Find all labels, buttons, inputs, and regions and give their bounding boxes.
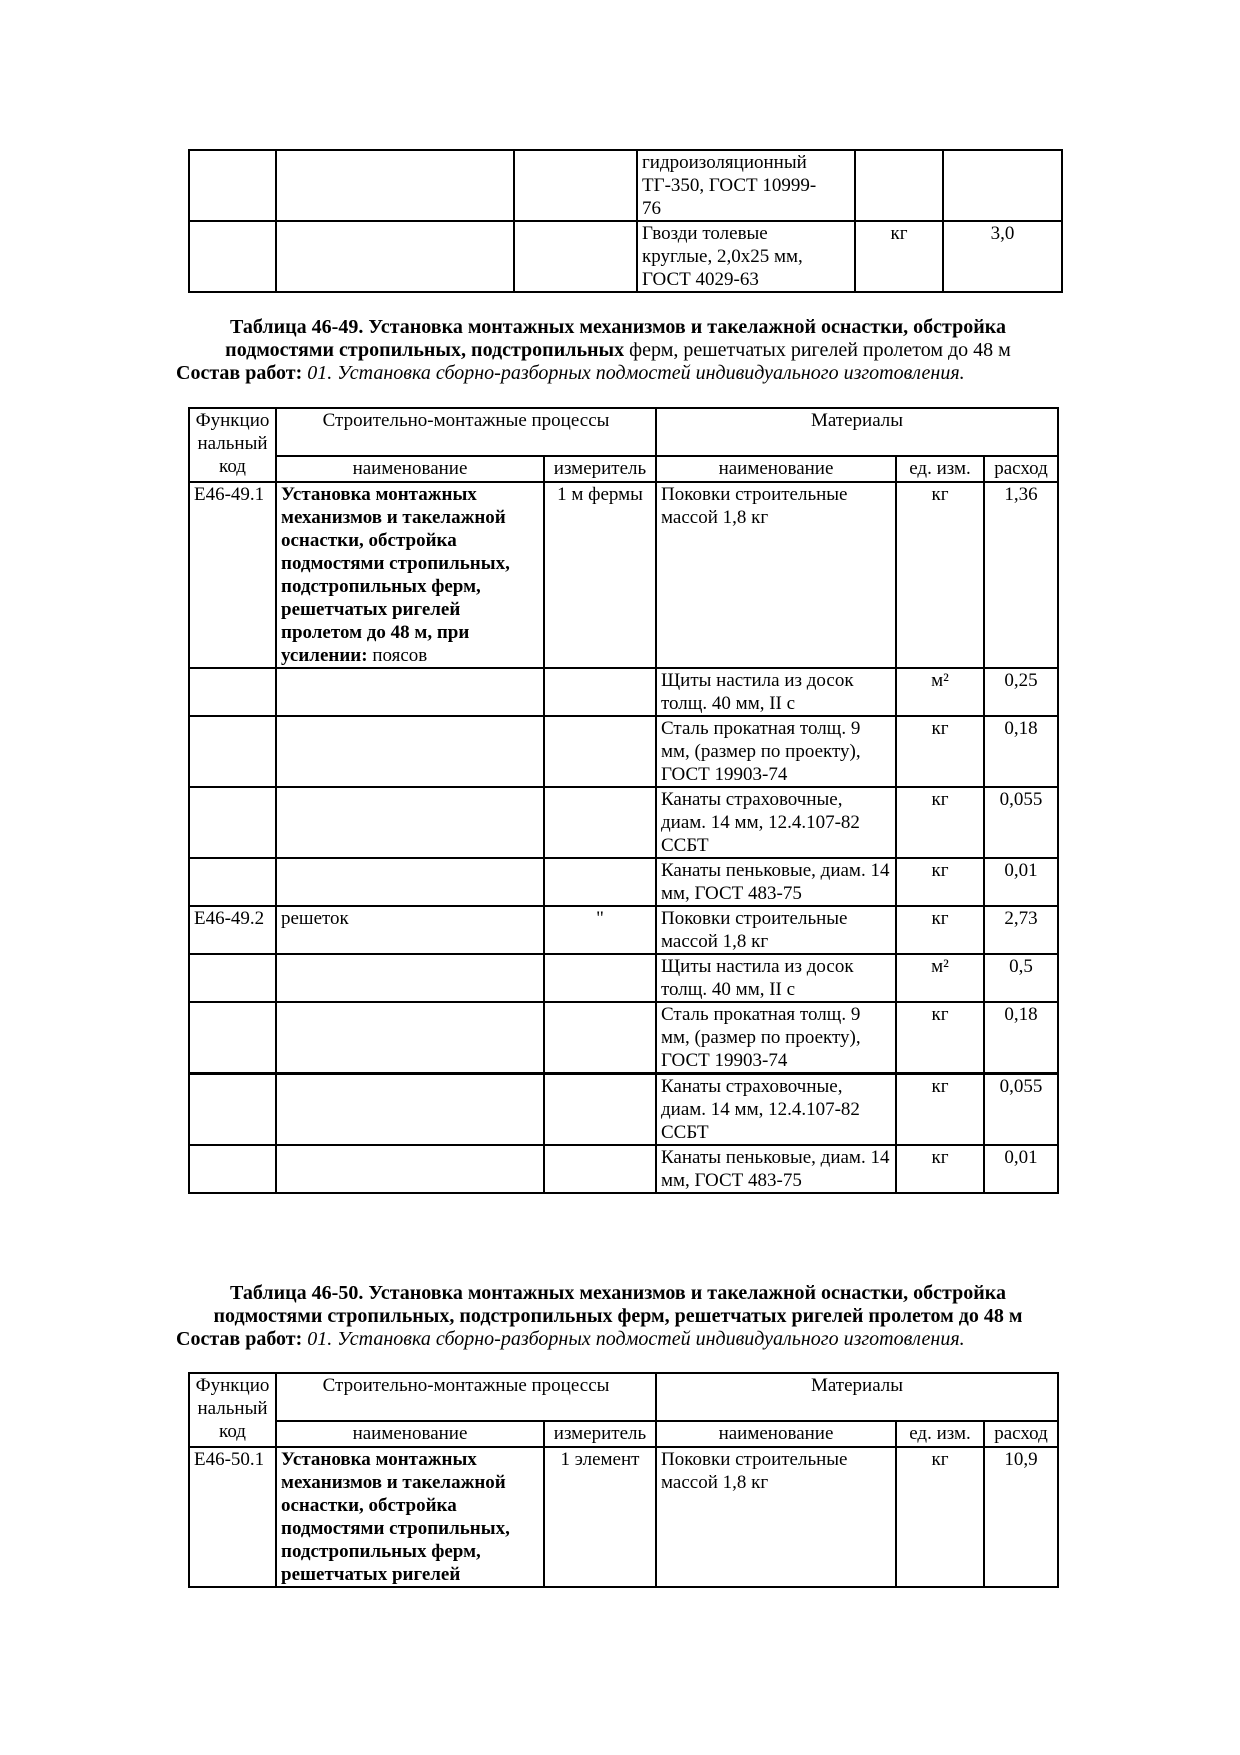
cell-unit: кг bbox=[896, 1447, 984, 1587]
cell-unit bbox=[855, 150, 943, 221]
cell-qty: 0,01 bbox=[984, 858, 1058, 906]
work-scope-label: Состав работ: bbox=[176, 362, 302, 384]
cell-qty: 0,5 bbox=[984, 954, 1058, 1002]
table-row: Е46-49.1Установка монтажных механизмов и… bbox=[189, 482, 1058, 668]
cell-process bbox=[276, 668, 544, 716]
cell-process bbox=[276, 1002, 544, 1074]
table-46-50-work-scope: Состав работ: 01. Установка сборно-разбо… bbox=[176, 1328, 1060, 1351]
table-46-50: Функцио нальный код Строительно-монтажны… bbox=[188, 1372, 1059, 1588]
header-qty: расход bbox=[984, 456, 1058, 482]
title-bold-text: Таблица 46-50. Установка монтажных механ… bbox=[214, 1282, 1023, 1327]
cell-process: решеток bbox=[276, 906, 544, 954]
table-row: Сталь прокатная толщ. 9 мм, (размер по п… bbox=[189, 1002, 1058, 1074]
cell-unit: кг bbox=[896, 906, 984, 954]
cell-unit: кг bbox=[896, 1002, 984, 1074]
header-materials-group: Материалы bbox=[656, 408, 1058, 456]
cell-meter bbox=[544, 858, 656, 906]
cell-meter: 1 м фермы bbox=[544, 482, 656, 668]
cell-meter bbox=[544, 954, 656, 1002]
cell-material: Сталь прокатная толщ. 9 мм, (размер по п… bbox=[656, 1002, 896, 1074]
header-processes-group: Строительно-монтажные процессы bbox=[276, 408, 656, 456]
table-row: Сталь прокатная толщ. 9 мм, (размер по п… bbox=[189, 716, 1058, 787]
table-row: Гвозди толевые круглые, 2,0х25 мм, ГОСТ … bbox=[189, 221, 1062, 292]
cell-unit: кг bbox=[896, 482, 984, 668]
cell-process: Установка монтажных механизмов и такелаж… bbox=[276, 482, 544, 668]
cell-code bbox=[189, 858, 276, 906]
table-row: Канаты страховочные, диам. 14 мм, 12.4.1… bbox=[189, 787, 1058, 858]
cell-unit: м² bbox=[896, 954, 984, 1002]
table-46-50-title: Таблица 46-50. Установка монтажных механ… bbox=[176, 1282, 1060, 1328]
cell-unit: м² bbox=[896, 668, 984, 716]
cell-material: Поковки строительные массой 1,8 кг bbox=[656, 1447, 896, 1587]
document-page: гидроизоляционный ТГ-350, ГОСТ 10999- 76… bbox=[0, 0, 1240, 1755]
cell-process bbox=[276, 221, 514, 292]
table-row: Канаты пеньковые, диам. 14 мм, ГОСТ 483-… bbox=[189, 858, 1058, 906]
work-scope-label: Состав работ: bbox=[176, 1328, 302, 1350]
table-46-49-caption: Таблица 46-49. Установка монтажных механ… bbox=[176, 316, 1060, 385]
header-unit: ед. изм. bbox=[896, 1421, 984, 1447]
cell-qty: 2,73 bbox=[984, 906, 1058, 954]
process-regular-text: поясов bbox=[368, 645, 428, 666]
cell-meter bbox=[544, 1002, 656, 1074]
cell-process: Установка монтажных механизмов и такелаж… bbox=[276, 1447, 544, 1587]
cell-qty: 0,18 bbox=[984, 716, 1058, 787]
cell-material: Поковки строительные массой 1,8 кг bbox=[656, 906, 896, 954]
cell-meter bbox=[544, 668, 656, 716]
table-46-49-title: Таблица 46-49. Установка монтажных механ… bbox=[176, 316, 1060, 362]
process-regular-text: решеток bbox=[281, 908, 349, 929]
cell-material: Канаты страховочные, диам. 14 мм, 12.4.1… bbox=[656, 787, 896, 858]
cell-unit: кг bbox=[896, 858, 984, 906]
cell-meter bbox=[544, 1145, 656, 1193]
header-materials-group: Материалы bbox=[656, 1373, 1058, 1421]
cell-material: Щиты настила из досок толщ. 40 мм, II с bbox=[656, 668, 896, 716]
table-row: Канаты пеньковые, диам. 14 мм, ГОСТ 483-… bbox=[189, 1145, 1058, 1193]
table-row: Е46-49.2решеток"Поковки строительные мас… bbox=[189, 906, 1058, 954]
cell-material: Сталь прокатная толщ. 9 мм, (размер по п… bbox=[656, 716, 896, 787]
table-row: Канаты страховочные, диам. 14 мм, 12.4.1… bbox=[189, 1074, 1058, 1146]
header-unit: ед. изм. bbox=[896, 456, 984, 482]
cell-code bbox=[189, 221, 276, 292]
cell-unit: кг bbox=[896, 787, 984, 858]
header-functional-code: Функцио нальный код bbox=[189, 408, 276, 482]
cell-meter bbox=[514, 150, 637, 221]
cell-unit: кг bbox=[896, 1074, 984, 1146]
header-processes-group: Строительно-монтажные процессы bbox=[276, 1373, 656, 1421]
title-regular-text: ферм, решетчатых ригелей пролетом до 48 … bbox=[624, 339, 1011, 361]
cell-unit: кг bbox=[896, 1145, 984, 1193]
table-row: Щиты настила из досок толщ. 40 мм, II см… bbox=[189, 668, 1058, 716]
cell-process bbox=[276, 1074, 544, 1146]
cell-code bbox=[189, 787, 276, 858]
header-material-name: наименование bbox=[656, 456, 896, 482]
header-meter: измеритель bbox=[544, 1421, 656, 1447]
cell-process bbox=[276, 716, 544, 787]
table-continuation: гидроизоляционный ТГ-350, ГОСТ 10999- 76… bbox=[188, 149, 1063, 293]
cell-qty: 1,36 bbox=[984, 482, 1058, 668]
cell-code bbox=[189, 1145, 276, 1193]
cell-qty: 0,055 bbox=[984, 787, 1058, 858]
cell-meter: " bbox=[544, 906, 656, 954]
header-qty: расход bbox=[984, 1421, 1058, 1447]
header-process-name: наименование bbox=[276, 1421, 544, 1447]
table-46-49-work-scope: Состав работ: 01. Установка сборно-разбо… bbox=[176, 362, 1060, 385]
cell-unit: кг bbox=[896, 716, 984, 787]
cell-code bbox=[189, 1002, 276, 1074]
header-functional-code: Функцио нальный код bbox=[189, 1373, 276, 1447]
cell-qty: 0,25 bbox=[984, 668, 1058, 716]
cell-material: гидроизоляционный ТГ-350, ГОСТ 10999- 76 bbox=[637, 150, 855, 221]
cell-unit: кг bbox=[855, 221, 943, 292]
cell-code bbox=[189, 150, 276, 221]
table-row: гидроизоляционный ТГ-350, ГОСТ 10999- 76 bbox=[189, 150, 1062, 221]
cell-material: Канаты пеньковые, диам. 14 мм, ГОСТ 483-… bbox=[656, 1145, 896, 1193]
cell-qty: 10,9 bbox=[984, 1447, 1058, 1587]
header-process-name: наименование bbox=[276, 456, 544, 482]
cell-process bbox=[276, 787, 544, 858]
cell-material: Канаты страховочные, диам. 14 мм, 12.4.1… bbox=[656, 1074, 896, 1146]
cell-process bbox=[276, 1145, 544, 1193]
cell-meter bbox=[514, 221, 637, 292]
cell-code: Е46-49.1 bbox=[189, 482, 276, 668]
header-material-name: наименование bbox=[656, 1421, 896, 1447]
work-scope-text: 01. Установка сборно-разборных подмостей… bbox=[302, 362, 964, 384]
cell-qty: 0,01 bbox=[984, 1145, 1058, 1193]
cell-code: Е46-50.1 bbox=[189, 1447, 276, 1587]
cell-qty: 0,055 bbox=[984, 1074, 1058, 1146]
cell-material: Щиты настила из досок толщ. 40 мм, II с bbox=[656, 954, 896, 1002]
cell-material: Поковки строительные массой 1,8 кг bbox=[656, 482, 896, 668]
table-46-49: Функцио нальный код Строительно-монтажны… bbox=[188, 407, 1059, 1194]
cell-code bbox=[189, 668, 276, 716]
header-meter: измеритель bbox=[544, 456, 656, 482]
cell-meter bbox=[544, 716, 656, 787]
table-46-50-caption: Таблица 46-50. Установка монтажных механ… bbox=[176, 1282, 1060, 1351]
cell-meter bbox=[544, 1074, 656, 1146]
cell-code bbox=[189, 716, 276, 787]
cell-qty bbox=[943, 150, 1062, 221]
cell-process bbox=[276, 858, 544, 906]
cell-qty: 3,0 bbox=[943, 221, 1062, 292]
cell-material: Гвозди толевые круглые, 2,0х25 мм, ГОСТ … bbox=[637, 221, 855, 292]
cell-process bbox=[276, 150, 514, 221]
cell-code: Е46-49.2 bbox=[189, 906, 276, 954]
cell-meter bbox=[544, 787, 656, 858]
table-row: Е46-50.1Установка монтажных механизмов и… bbox=[189, 1447, 1058, 1587]
table-row: Щиты настила из досок толщ. 40 мм, II см… bbox=[189, 954, 1058, 1002]
cell-process bbox=[276, 954, 544, 1002]
process-bold-text: Установка монтажных механизмов и такелаж… bbox=[281, 1449, 510, 1585]
cell-code bbox=[189, 1074, 276, 1146]
work-scope-text: 01. Установка сборно-разборных подмостей… bbox=[302, 1328, 964, 1350]
cell-material: Канаты пеньковые, диам. 14 мм, ГОСТ 483-… bbox=[656, 858, 896, 906]
cell-meter: 1 элемент bbox=[544, 1447, 656, 1587]
cell-code bbox=[189, 954, 276, 1002]
cell-qty: 0,18 bbox=[984, 1002, 1058, 1074]
process-bold-text: Установка монтажных механизмов и такелаж… bbox=[281, 484, 510, 666]
